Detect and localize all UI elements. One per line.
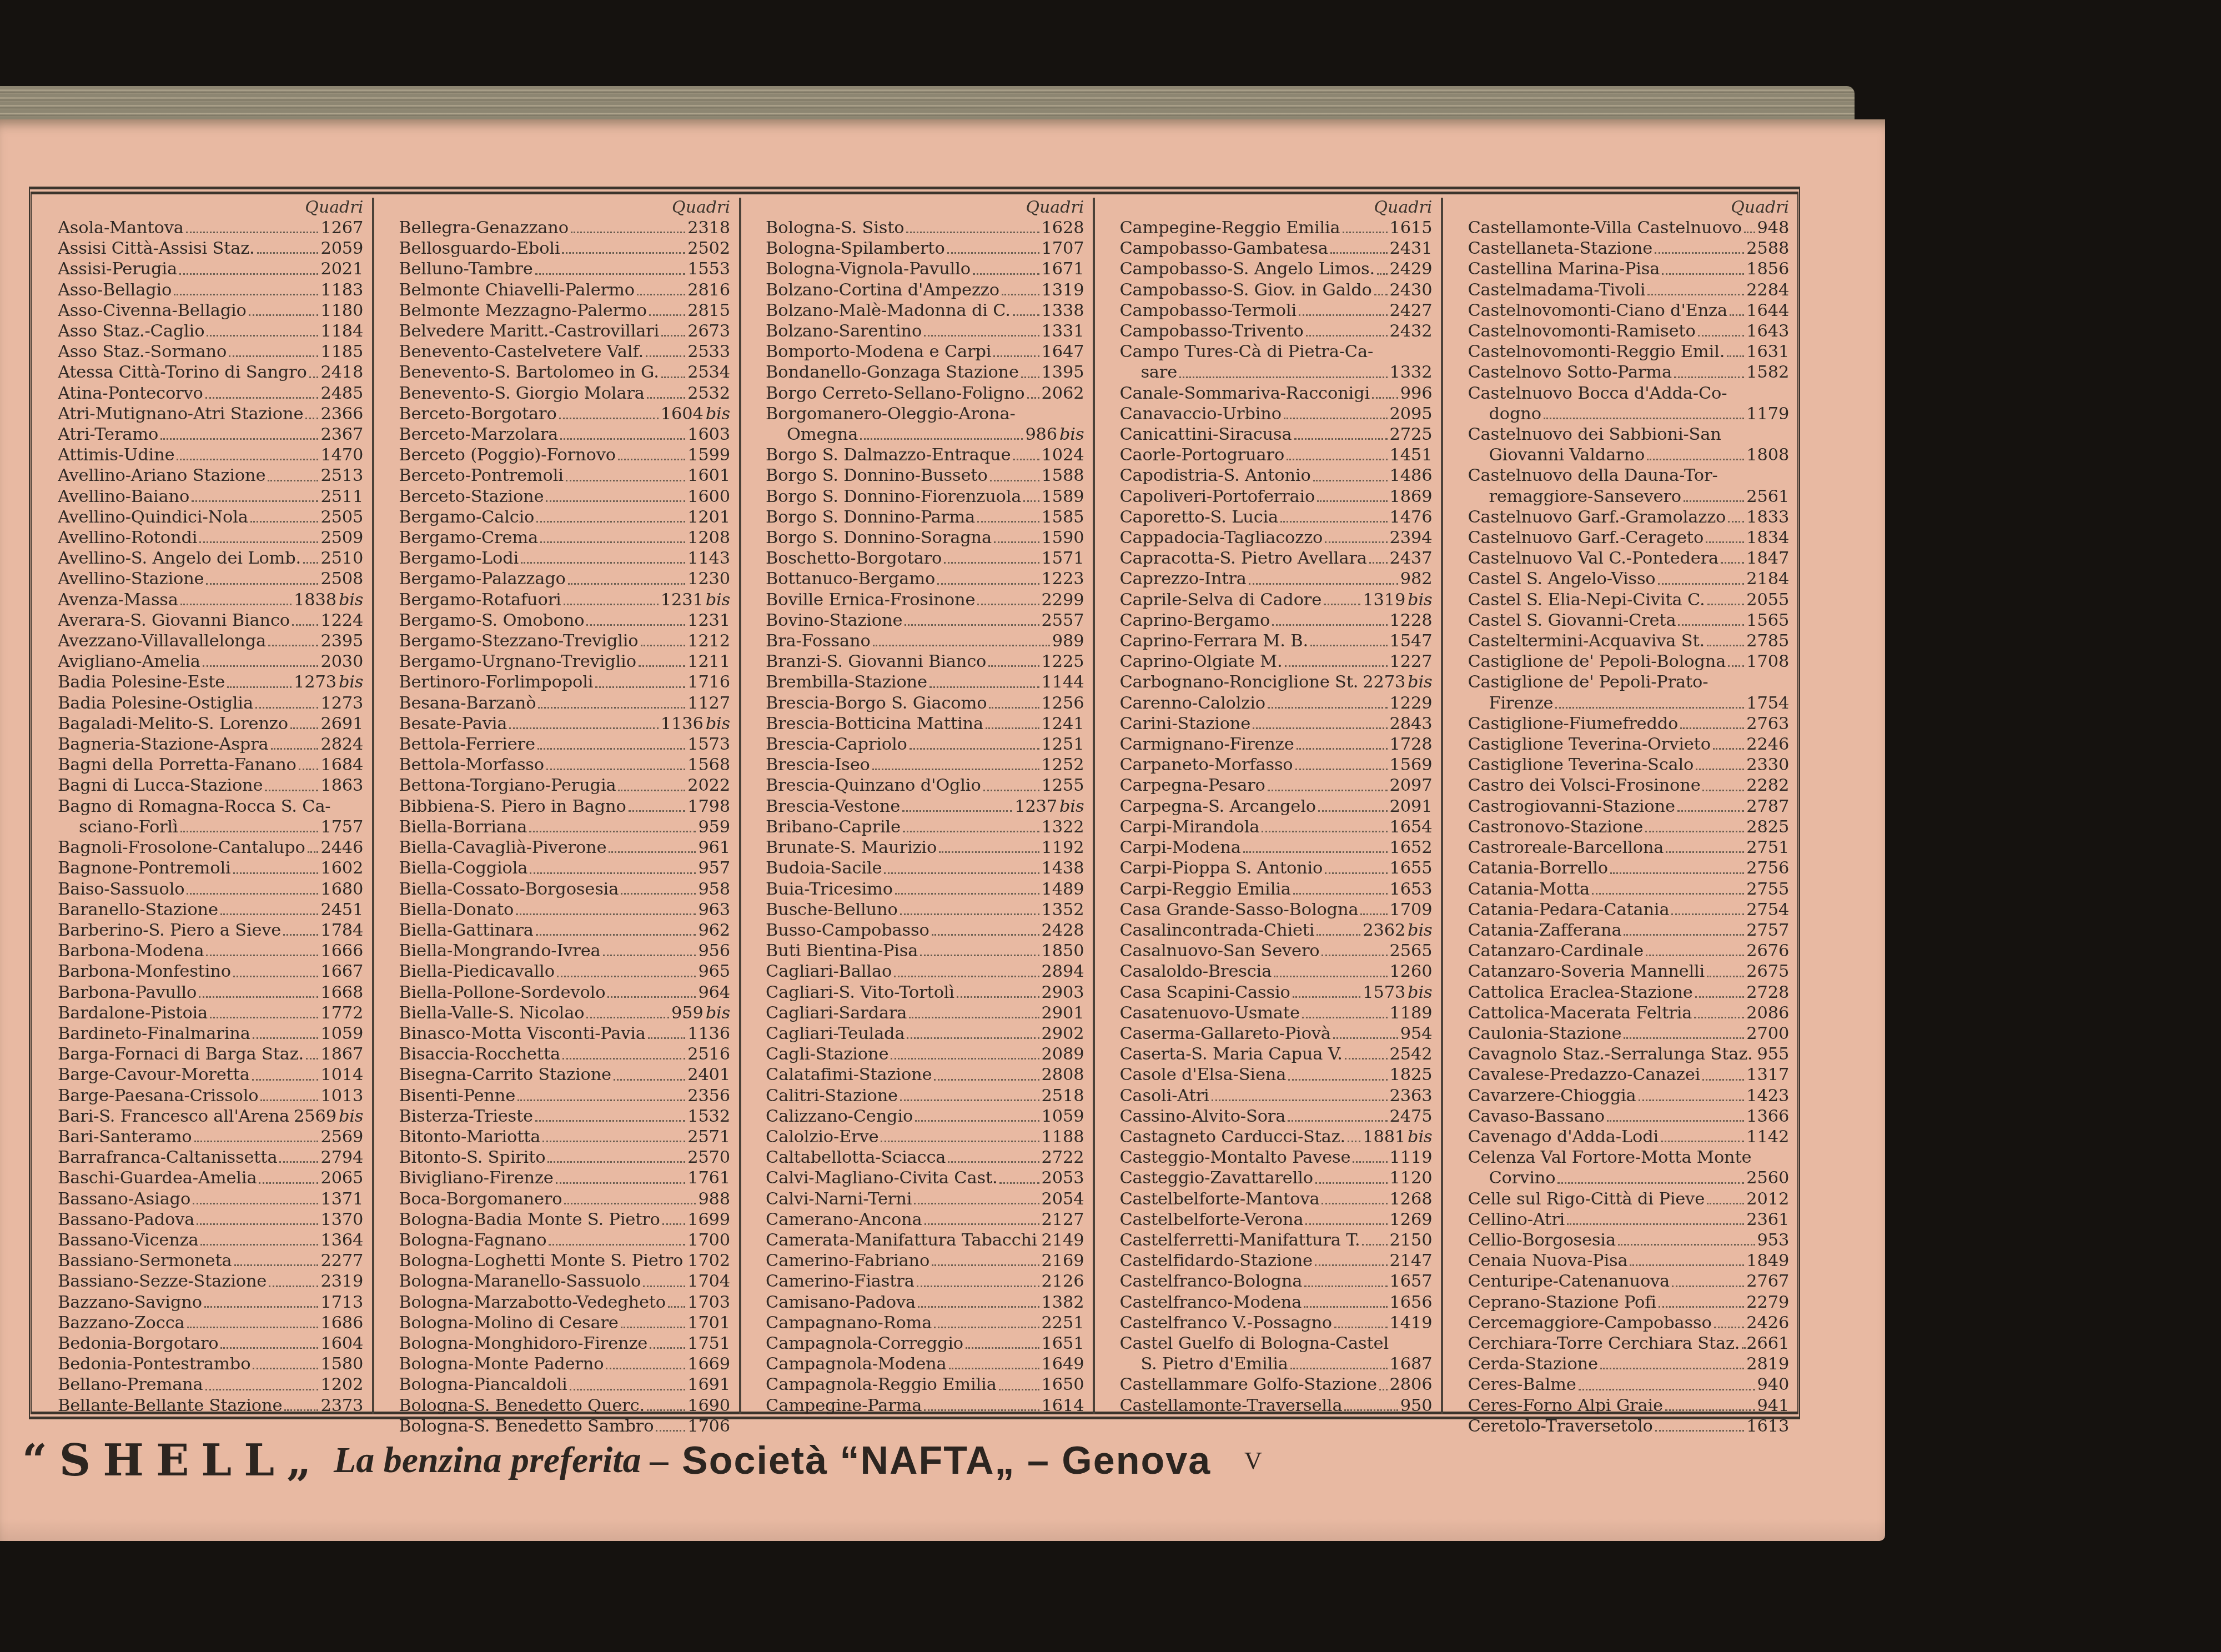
table-number: 1667 bbox=[320, 961, 363, 982]
quadro-number: 1211 bbox=[687, 652, 730, 671]
route-name: Bovino-Stazione bbox=[766, 610, 902, 631]
leader-dots bbox=[1325, 541, 1387, 543]
leader-dots bbox=[1702, 790, 1744, 791]
route-name: Casalnuovo-San Severo bbox=[1119, 941, 1319, 961]
quadro-number: 1708 bbox=[1746, 652, 1789, 671]
route-name: Bari-S. Francesco all'Arena bbox=[58, 1106, 289, 1127]
route-name: Celle sul Rigo-Città di Pieve bbox=[1468, 1189, 1705, 1209]
leader-dots bbox=[1294, 438, 1388, 440]
table-number: 1650 bbox=[1042, 1374, 1084, 1395]
index-entry: Boschetto-Borgotaro1571 bbox=[766, 548, 1084, 569]
route-name: Borgo S. Donnino-Fiorenzuola bbox=[766, 486, 1021, 507]
index-entry: Carbognano-Ronciglione St.2273bis bbox=[1119, 672, 1432, 692]
leader-dots bbox=[983, 790, 1039, 791]
quadro-number: 961 bbox=[698, 838, 730, 857]
table-number: 2065 bbox=[320, 1168, 363, 1188]
route-name: Capodistria-S. Antonio bbox=[1119, 465, 1310, 486]
quadro-number: 989 bbox=[1052, 631, 1084, 651]
quadro-number: 982 bbox=[1400, 569, 1433, 589]
leader-dots bbox=[929, 686, 1039, 688]
table-number: 1751 bbox=[687, 1333, 730, 1354]
quadro-number: 2150 bbox=[1390, 1231, 1433, 1250]
leader-dots bbox=[1372, 397, 1398, 399]
quadro-number: 1686 bbox=[320, 1313, 363, 1333]
table-number: 2246 bbox=[1746, 734, 1789, 755]
route-name: Binasco-Motta Visconti-Pavia bbox=[399, 1023, 646, 1044]
table-number: 1702 bbox=[687, 1251, 730, 1271]
index-entry: Caprino-Bergamo1228 bbox=[1119, 610, 1432, 631]
quadro-number: 2725 bbox=[1390, 425, 1433, 444]
quadro-number: 1228 bbox=[1390, 611, 1433, 630]
quadro-number: 1136 bbox=[661, 714, 704, 734]
table-number: 2126 bbox=[1042, 1271, 1084, 1292]
route-name: Bibbiena-S. Piero in Bagno bbox=[399, 796, 626, 817]
route-name: Barge-Paesana-Crissolo bbox=[58, 1086, 258, 1106]
leader-dots bbox=[1274, 976, 1387, 977]
quadro-number: 2356 bbox=[687, 1086, 730, 1106]
index-entry: Carpi-Modena1652 bbox=[1119, 837, 1432, 858]
index-entry: Cellino-Atri2361 bbox=[1468, 1209, 1789, 1230]
quadro-number: 1267 bbox=[320, 218, 363, 238]
quadro-number: 1601 bbox=[687, 466, 730, 485]
route-name: Bologna-S. Sisto bbox=[766, 218, 904, 238]
table-number: 2485 bbox=[320, 383, 363, 404]
leader-dots bbox=[305, 418, 318, 419]
quadro-number: 1225 bbox=[1042, 652, 1084, 671]
route-name: Bisterza-Trieste bbox=[399, 1106, 533, 1127]
leader-dots bbox=[1318, 810, 1388, 812]
leader-dots bbox=[891, 1058, 1039, 1060]
route-name: Cassino-Alvito-Sora bbox=[1119, 1106, 1285, 1127]
table-number: 2366 bbox=[320, 404, 363, 424]
leader-dots bbox=[193, 1203, 318, 1204]
table-number: 1319bis bbox=[1363, 590, 1432, 610]
index-entry: Castel S. Angelo-Visso2184 bbox=[1468, 569, 1789, 589]
leader-dots bbox=[884, 872, 1039, 874]
index-entry: Calizzano-Cengio1059 bbox=[766, 1106, 1084, 1127]
table-number: 2843 bbox=[1390, 714, 1433, 734]
route-name: Belmonte Mezzagno-Palermo bbox=[399, 300, 647, 321]
quadro-number: 2843 bbox=[1390, 714, 1433, 734]
route-name: Cellio-Borgosesia bbox=[1468, 1230, 1615, 1251]
leader-dots bbox=[994, 541, 1039, 543]
table-number: 2418 bbox=[320, 362, 363, 383]
quadro-number: 1707 bbox=[1042, 239, 1084, 258]
route-name: Avellino-Quindici-Nola bbox=[58, 507, 248, 528]
leader-dots bbox=[1284, 418, 1388, 419]
leader-dots bbox=[1600, 1368, 1745, 1369]
index-entry: Cappadocia-Tagliacozzo2394 bbox=[1119, 528, 1432, 548]
table-number: 1652 bbox=[1390, 837, 1433, 858]
leader-dots bbox=[1655, 252, 1744, 254]
leader-dots bbox=[1696, 769, 1744, 770]
index-entry: Carpegna-S. Arcangelo2091 bbox=[1119, 796, 1432, 817]
quadro-number: 2053 bbox=[1042, 1168, 1084, 1188]
index-entry: Barge-Paesana-Crissolo1013 bbox=[58, 1086, 363, 1106]
table-number: 1202 bbox=[320, 1374, 363, 1395]
table-number: 1699 bbox=[687, 1209, 730, 1230]
quadro-number: 1850 bbox=[1042, 941, 1084, 961]
quadro-number: 1650 bbox=[1042, 1375, 1084, 1394]
table-number: 2509 bbox=[320, 528, 363, 548]
leader-dots bbox=[607, 996, 696, 998]
leader-dots bbox=[1659, 1306, 1745, 1308]
index-entry: Bologna-Maranello-Sassuolo1704 bbox=[399, 1271, 730, 1292]
quadro-number: 1881 bbox=[1363, 1127, 1405, 1147]
quadro-number: 2542 bbox=[1390, 1045, 1433, 1064]
table-number: 1582 bbox=[1746, 362, 1789, 383]
index-entry: Belluno-Tambre1553 bbox=[399, 259, 730, 279]
route-name: Belluno-Tambre bbox=[399, 259, 532, 279]
leader-dots bbox=[566, 480, 685, 481]
bis-suffix: bis bbox=[1408, 921, 1432, 940]
leader-dots bbox=[536, 521, 685, 523]
leader-dots bbox=[990, 480, 1039, 481]
route-name: Caprile-Selva di Cadore bbox=[1119, 590, 1321, 610]
route-name-continued: S. Pietro d'Emilia bbox=[1140, 1354, 1288, 1374]
table-number: 1691 bbox=[687, 1374, 730, 1395]
index-entry: Bondanello-Gonzaga Stazione1395 bbox=[766, 362, 1084, 383]
table-number: 1014 bbox=[320, 1064, 363, 1085]
index-entry: Berceto-Stazione1600 bbox=[399, 486, 730, 507]
table-number: 2676 bbox=[1746, 941, 1789, 961]
quadro-number: 954 bbox=[1400, 1024, 1433, 1043]
leader-dots bbox=[187, 1327, 319, 1328]
table-number: 1728 bbox=[1390, 734, 1433, 755]
quadro-number: 2571 bbox=[687, 1127, 730, 1147]
route-name: Casteggio-Montalto Pavese bbox=[1119, 1147, 1350, 1168]
index-entry: Casaloldo-Brescia1260 bbox=[1119, 961, 1432, 982]
index-entry: Castelfranco-Modena1656 bbox=[1119, 1292, 1432, 1313]
index-entry: Avenza-Massa1838bis bbox=[58, 590, 363, 610]
index-entry: Berceto (Poggio)-Fornovo1599 bbox=[399, 445, 730, 465]
quadro-number: 1716 bbox=[687, 672, 730, 692]
index-entry: Castrogiovanni-Stazione2787 bbox=[1468, 796, 1789, 817]
quadro-number: 1013 bbox=[320, 1086, 363, 1106]
table-number: 1808 bbox=[1746, 445, 1789, 465]
route-name: Brunate-S. Maurizio bbox=[766, 837, 937, 858]
route-name: Brescia-Iseo bbox=[766, 755, 870, 775]
table-number: 956 bbox=[698, 941, 730, 961]
leader-dots bbox=[646, 355, 685, 357]
route-name: Biella-Cavaglià-Piverone bbox=[399, 837, 606, 858]
leader-dots bbox=[1607, 1120, 1744, 1122]
leader-dots bbox=[203, 665, 319, 667]
table-number: 1255 bbox=[1042, 775, 1084, 796]
quadro-number: 1059 bbox=[320, 1024, 363, 1043]
table-number: 2432 bbox=[1390, 321, 1433, 342]
route-name: Casoli-Atri bbox=[1119, 1086, 1209, 1106]
quadro-number: 1652 bbox=[1390, 838, 1433, 857]
table-number: 2903 bbox=[1042, 982, 1084, 1003]
leader-dots bbox=[1313, 480, 1388, 481]
table-number: 962 bbox=[698, 920, 730, 941]
quadro-number: 1671 bbox=[1042, 259, 1084, 279]
route-name: Campobasso-S. Giov. in Galdo bbox=[1119, 280, 1371, 300]
quadro-number: 2429 bbox=[1390, 259, 1433, 279]
route-name: Atina-Pontecorvo bbox=[58, 383, 203, 404]
route-name: Campagnola-Correggio bbox=[766, 1333, 963, 1354]
quadro-number: 2431 bbox=[1390, 239, 1433, 258]
table-number: 2021 bbox=[320, 259, 363, 279]
table-number: 1532 bbox=[687, 1106, 730, 1127]
leader-dots bbox=[1299, 314, 1388, 316]
route-name: Bari-Santeramo bbox=[58, 1127, 192, 1147]
table-number: 2428 bbox=[1042, 920, 1084, 941]
index-entry: Bazzano-Savigno1713 bbox=[58, 1292, 363, 1313]
quadro-number: 1208 bbox=[687, 528, 730, 548]
index-entry: Bergamo-Palazzago1230 bbox=[399, 569, 730, 589]
table-number: 1671 bbox=[1042, 259, 1084, 279]
quadro-number: 2169 bbox=[1042, 1251, 1084, 1271]
table-number: 1179 bbox=[1746, 404, 1789, 424]
table-number: 2751 bbox=[1746, 837, 1789, 858]
route-name: Avellino-S. Angelo dei Lomb. bbox=[58, 548, 301, 569]
route-name: Asola-Mantova bbox=[58, 218, 184, 238]
route-name: Campagnola-Reggio Emilia bbox=[766, 1374, 997, 1395]
index-entry: Cagliari-Sardara2901 bbox=[766, 1003, 1084, 1023]
quadro-number: 2428 bbox=[1042, 921, 1084, 940]
table-number: 950 bbox=[1400, 1395, 1433, 1416]
quadro-number: 1751 bbox=[687, 1334, 730, 1353]
table-number: 2284 bbox=[1746, 280, 1789, 300]
leader-dots bbox=[180, 831, 319, 832]
quadro-number: 2437 bbox=[1390, 549, 1433, 568]
route-name: Castelnovomonti-Reggio Emil. bbox=[1468, 342, 1725, 362]
route-name: Calatafimi-Stazione bbox=[766, 1064, 932, 1085]
leader-dots bbox=[944, 562, 1039, 564]
quadro-number: 2095 bbox=[1390, 404, 1433, 424]
leader-dots bbox=[939, 851, 1039, 853]
route-name: Bertinoro-Forlimpopoli bbox=[399, 672, 593, 692]
table-number: 1580 bbox=[320, 1354, 363, 1374]
leader-dots bbox=[227, 686, 292, 688]
route-name: Campegine-Parma bbox=[766, 1395, 922, 1416]
quadro-number: 1869 bbox=[1390, 487, 1433, 506]
quadro-number: 1833 bbox=[1746, 508, 1789, 527]
leader-dots bbox=[562, 252, 685, 254]
quadro-number: 2427 bbox=[1390, 301, 1433, 320]
index-entry: Castelferretti-Manifattura T.2150 bbox=[1119, 1230, 1432, 1251]
table-number: 2149 bbox=[1042, 1230, 1084, 1251]
route-name: Castelbelforte-Mantova bbox=[1119, 1189, 1319, 1209]
index-entry: Barga-Fornaci di Barga Staz.1867 bbox=[58, 1044, 363, 1064]
quadro-number: 1651 bbox=[1042, 1334, 1084, 1353]
table-number: 1136 bbox=[687, 1023, 730, 1044]
leader-dots bbox=[194, 1141, 319, 1142]
route-name: Avellino-Baiano bbox=[58, 486, 189, 507]
route-name: Calitri-Stazione bbox=[766, 1086, 898, 1106]
index-entry: Barbona-Monfestino1667 bbox=[58, 961, 363, 982]
table-number: 2362bis bbox=[1363, 920, 1432, 941]
table-number: 989 bbox=[1052, 631, 1084, 651]
table-number: 1371 bbox=[320, 1189, 363, 1209]
index-entry: Bolzano-Malè-Madonna di C.1338 bbox=[766, 300, 1084, 321]
quadro-number: 1588 bbox=[1042, 466, 1084, 485]
table-number: 1615 bbox=[1390, 218, 1433, 238]
index-entry: Bottanuco-Bergamo1223 bbox=[766, 569, 1084, 589]
quadro-number: 2588 bbox=[1746, 239, 1789, 258]
leader-dots bbox=[1714, 1327, 1745, 1328]
index-entry: Atessa Città-Torino di Sangro2418 bbox=[58, 362, 363, 383]
route-name: Bologna-Vignola-Pavullo bbox=[766, 259, 971, 279]
quadro-number: 963 bbox=[698, 900, 730, 920]
quadro-number: 2569 bbox=[320, 1127, 363, 1147]
leader-dots bbox=[1243, 851, 1388, 853]
leader-dots bbox=[1362, 1244, 1387, 1246]
table-number: 2273bis bbox=[1363, 672, 1432, 692]
leader-dots bbox=[517, 1099, 685, 1101]
index-entry: Bribano-Caprile1322 bbox=[766, 817, 1084, 837]
leader-dots bbox=[546, 500, 685, 502]
leader-dots bbox=[1285, 665, 1388, 667]
index-entry: Campobasso-Gambatesa2431 bbox=[1119, 238, 1432, 259]
quadro-number: 2054 bbox=[1042, 1189, 1084, 1209]
quadro-number: 1568 bbox=[687, 755, 730, 775]
quadro-number: 1653 bbox=[1390, 880, 1433, 899]
table-number: 2560 bbox=[1746, 1168, 1789, 1188]
station-index-table: Quadri Asola-Mantova1267Assisi Città-Ass… bbox=[33, 198, 1798, 1414]
table-number: 2095 bbox=[1390, 404, 1433, 424]
index-entry: Castel Guelfo di Bologna-CastelS. Pietro… bbox=[1119, 1333, 1432, 1374]
leader-dots bbox=[924, 1223, 1039, 1225]
table-number: 2570 bbox=[687, 1147, 730, 1168]
leader-dots bbox=[609, 851, 696, 853]
quadro-number: 2432 bbox=[1390, 322, 1433, 341]
leader-dots bbox=[309, 376, 319, 378]
route-name: Campobasso-Gambatesa bbox=[1119, 238, 1328, 259]
quadro-number: 1183 bbox=[320, 280, 363, 300]
table-number: 1568 bbox=[687, 755, 730, 775]
route-name: Castelnuovo Bocca d'Adda-Co- bbox=[1468, 383, 1789, 404]
advertisement-footer: “SHELL„ La benzina preferita – Società “… bbox=[22, 1433, 1799, 1488]
route-name: Bazzano-Savigno bbox=[58, 1292, 202, 1313]
quadro-number: 2787 bbox=[1746, 797, 1789, 816]
route-name: Biella-Pollone-Sordevolo bbox=[399, 982, 605, 1003]
leader-dots bbox=[179, 273, 319, 275]
table-number: 2725 bbox=[1390, 424, 1433, 445]
index-entry: Badia Polesine-Ostiglia1273 bbox=[58, 693, 363, 714]
leader-dots bbox=[1316, 934, 1360, 936]
quadro-number: 2319 bbox=[320, 1272, 363, 1291]
route-name: Bedonia-Pontestrambo bbox=[58, 1354, 250, 1374]
index-entry: Buia-Tricesimo1489 bbox=[766, 879, 1084, 900]
table-number: 1707 bbox=[1042, 238, 1084, 259]
leader-dots bbox=[900, 913, 1039, 915]
route-name: Boville Ernica-Frosinone bbox=[766, 590, 975, 610]
quadro-number: 1532 bbox=[687, 1107, 730, 1126]
table-number: 2502 bbox=[687, 238, 730, 259]
route-name: Biella-Cossato-Borgosesia bbox=[399, 879, 619, 900]
route-name: Boca-Borgomanero bbox=[399, 1189, 562, 1209]
route-name: Berceto-Stazione bbox=[399, 486, 544, 507]
table-number: 2763 bbox=[1746, 714, 1789, 734]
route-name: Cagliari-Teulada bbox=[766, 1023, 905, 1044]
table-number: 1709 bbox=[1390, 900, 1433, 920]
table-number: 1364 bbox=[320, 1230, 363, 1251]
index-entry: Cellio-Borgosesia953 bbox=[1468, 1230, 1789, 1251]
route-name: Berceto-Pontremoli bbox=[399, 465, 563, 486]
quadro-number: 2794 bbox=[320, 1148, 363, 1167]
quadro-number: 2894 bbox=[1042, 962, 1084, 981]
table-number: 1825 bbox=[1390, 1064, 1433, 1085]
index-entry: Assisi Città-Assisi Staz.2059 bbox=[58, 238, 363, 259]
leader-dots bbox=[234, 1264, 319, 1266]
route-name: Catania-Zafferana bbox=[1468, 920, 1621, 941]
route-name: Bribano-Caprile bbox=[766, 817, 901, 837]
index-entry: Capodistria-S. Antonio1486 bbox=[1119, 465, 1432, 486]
index-entry: Berceto-Pontremoli1601 bbox=[399, 465, 730, 486]
route-name: Bergamo-Crema bbox=[399, 528, 538, 548]
leader-dots bbox=[977, 604, 1039, 605]
leader-dots bbox=[180, 604, 292, 605]
table-number: 2055 bbox=[1746, 590, 1789, 610]
leader-dots bbox=[924, 335, 1039, 337]
table-number: 1588 bbox=[1042, 465, 1084, 486]
table-number: 2127 bbox=[1042, 1209, 1084, 1230]
leader-dots bbox=[647, 397, 685, 399]
route-name: Avellino-Stazione bbox=[58, 569, 204, 589]
index-entry: Asso-Civenna-Bellagio1180 bbox=[58, 300, 363, 321]
quadro-number: 2676 bbox=[1746, 941, 1789, 961]
route-name: Ceres-Balme bbox=[1468, 1374, 1576, 1395]
route-name: Casalincontrada-Chieti bbox=[1119, 920, 1314, 941]
table-number: 2401 bbox=[687, 1064, 730, 1085]
table-number: 2505 bbox=[320, 507, 363, 528]
leader-dots bbox=[872, 769, 1039, 770]
table-number: 1231bis bbox=[661, 590, 730, 610]
index-entry: Bologna-Fagnano1700 bbox=[399, 1230, 730, 1251]
index-entry: Bettola-Morfasso1568 bbox=[399, 755, 730, 775]
quadro-number: 2751 bbox=[1746, 838, 1789, 857]
route-name: Castiglione Teverina-Scalo bbox=[1468, 755, 1694, 775]
quadro-number: 2901 bbox=[1042, 1003, 1084, 1023]
quadro-number: 2021 bbox=[320, 259, 363, 279]
quadro-number: 1684 bbox=[320, 755, 363, 775]
table-number: 2330 bbox=[1746, 755, 1789, 775]
leader-dots bbox=[549, 1244, 685, 1246]
leader-dots bbox=[1344, 1409, 1398, 1411]
leader-dots bbox=[1742, 1347, 1744, 1349]
leader-dots bbox=[1280, 521, 1388, 523]
leader-dots bbox=[1645, 831, 1744, 832]
leader-dots bbox=[542, 1141, 685, 1142]
table-number: 1382 bbox=[1042, 1292, 1084, 1313]
quadro-number: 1603 bbox=[687, 425, 730, 444]
index-entry: Cerda-Stazione2819 bbox=[1468, 1354, 1789, 1374]
index-entry: Boca-Borgomanero988 bbox=[399, 1189, 730, 1209]
table-number: 961 bbox=[698, 837, 730, 858]
table-number: 1317 bbox=[1746, 1064, 1789, 1085]
index-entry: Catania-Pedara-Catania2754 bbox=[1468, 900, 1789, 920]
quadro-number: 2395 bbox=[320, 631, 363, 651]
quadro-number: 1614 bbox=[1042, 1396, 1084, 1415]
route-name: Canicattini-Siracusa bbox=[1119, 424, 1292, 445]
leader-dots bbox=[1317, 500, 1387, 502]
quadro-number: 1364 bbox=[320, 1231, 363, 1250]
table-number: 1059 bbox=[320, 1023, 363, 1044]
route-name: Centuripe-Catenanuova bbox=[1468, 1271, 1670, 1292]
leader-dots bbox=[1707, 976, 1744, 977]
quadro-number: 2808 bbox=[1042, 1065, 1084, 1084]
route-name: Carini-Stazione bbox=[1119, 714, 1250, 734]
leader-dots bbox=[629, 810, 686, 812]
table-number: 2808 bbox=[1042, 1064, 1084, 1085]
route-name: Castel S. Elia-Nepi-Civita C. bbox=[1468, 590, 1705, 610]
leader-dots bbox=[1666, 851, 1744, 853]
index-entry: Bovino-Stazione2557 bbox=[766, 610, 1084, 631]
leader-dots bbox=[586, 1017, 669, 1018]
